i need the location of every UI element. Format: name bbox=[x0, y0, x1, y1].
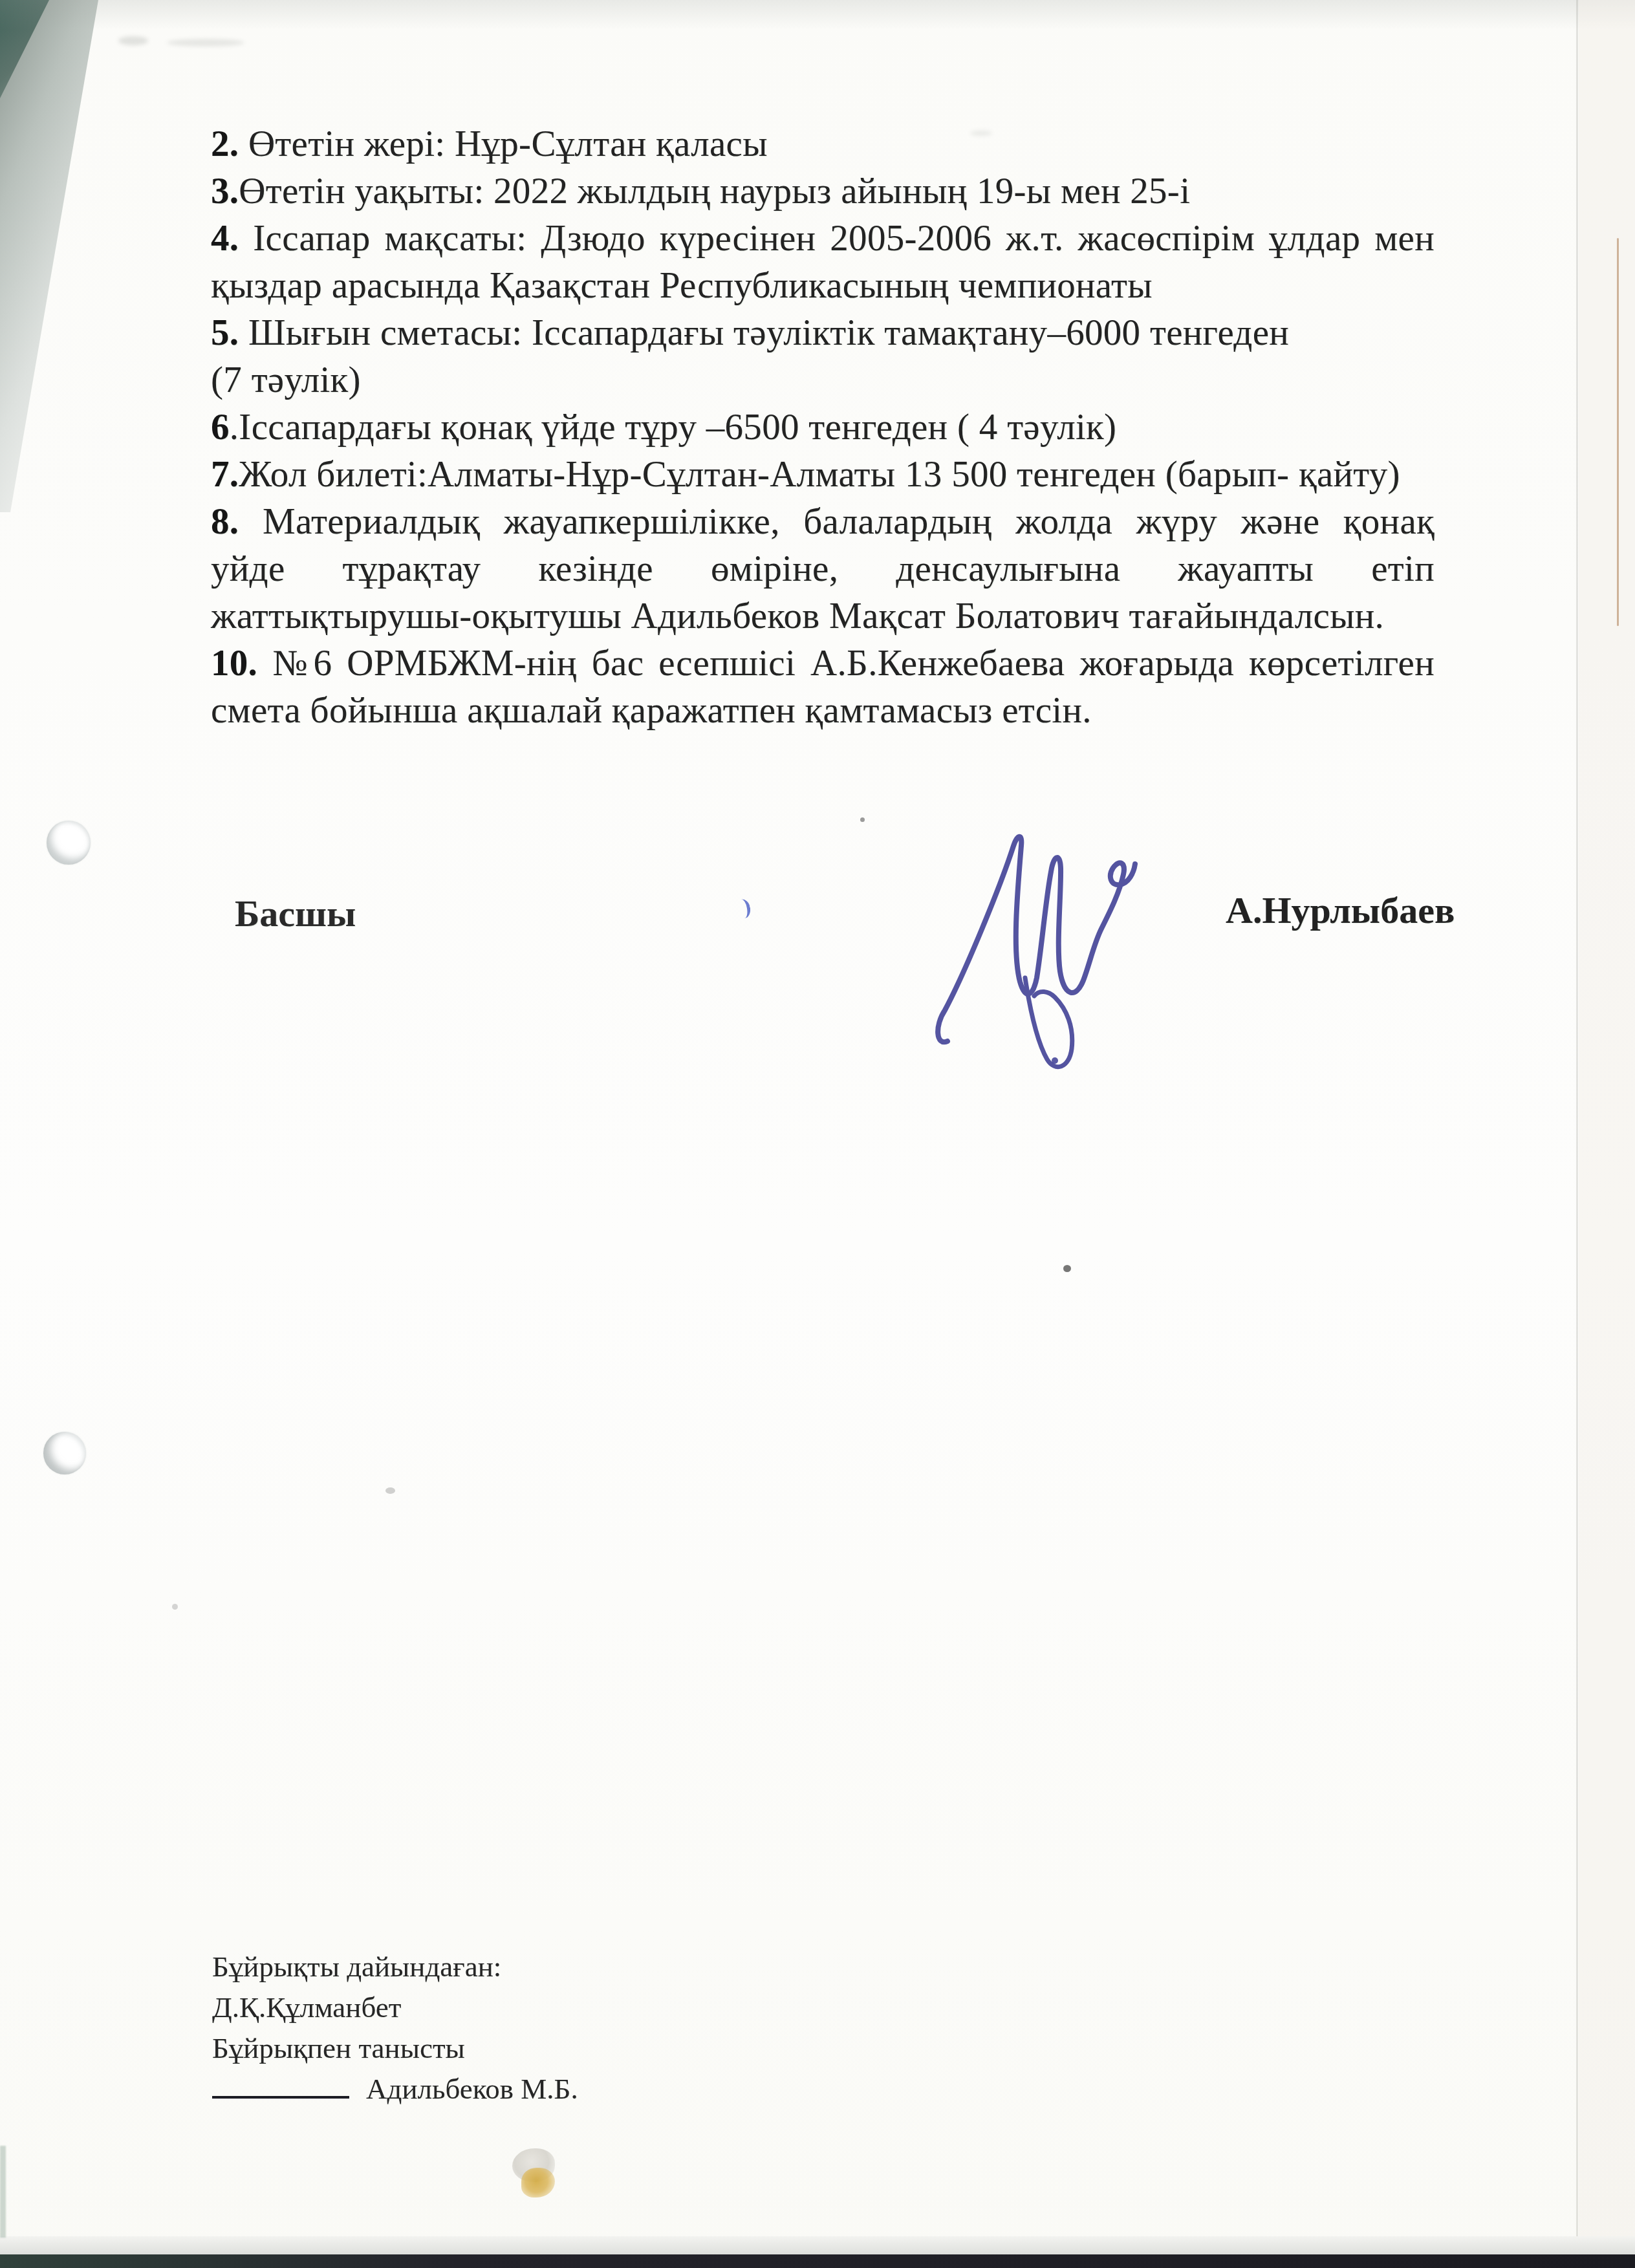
ack-name: Адильбеков М.Б. bbox=[366, 2073, 578, 2105]
line-text: Өтетін жері: Нұр-Сұлтан қаласы bbox=[239, 124, 767, 164]
scanned-document-page: 2. Өтетін жері: Нұр-Сұлтан қаласы3.Өтеті… bbox=[0, 0, 1635, 2268]
scan-right-crease-line bbox=[1576, 0, 1578, 2238]
footer-line: Д.Қ.Құлманбет bbox=[212, 1987, 578, 2028]
line-text: Іссапар мақсаты: Дзюдо күресінен 2005-20… bbox=[239, 218, 1435, 259]
scan-speck bbox=[172, 1604, 178, 1610]
line-number: 10. bbox=[211, 643, 257, 684]
document-line: 5. Шығын сметасы: Іссапардағы тәуліктік … bbox=[211, 309, 1435, 356]
document-line: 10. №6 ОРМБЖМ-нің бас есепшісі А.Б.Кенже… bbox=[211, 640, 1435, 687]
footer-ack-line: Адильбеков М.Б. bbox=[212, 2069, 578, 2110]
scan-blue-pen-tick bbox=[737, 898, 752, 920]
scan-corner-shadow bbox=[0, 0, 98, 512]
line-text: уйде тұрақтау кезінде өміріне, денсаулығ… bbox=[211, 548, 1435, 589]
document-line: уйде тұрақтау кезінде өміріне, денсаулығ… bbox=[211, 545, 1435, 592]
line-text: Жол билеті:Алматы-Нұр-Сұлтан-Алматы 13 5… bbox=[239, 454, 1400, 495]
line-number: 5. bbox=[211, 312, 239, 353]
scan-left-edge-strip bbox=[0, 2146, 6, 2238]
document-line: 3.Өтетін уақыты: 2022 жылдың наурыз айын… bbox=[211, 167, 1435, 215]
line-number: 3. bbox=[211, 171, 239, 211]
scan-bottom-dark-band bbox=[0, 2254, 1635, 2268]
document-line: (7 тәулік) bbox=[211, 356, 1435, 404]
line-text: №6 ОРМБЖМ-нің бас есепшісі А.Б.Кенжебаев… bbox=[257, 643, 1435, 684]
line-number: 6 bbox=[211, 407, 230, 448]
line-text: .Іссапардағы қонақ үйде тұру –6500 тенге… bbox=[230, 407, 1117, 448]
document-line: қыздар арасында Қазақстан Республикасыны… bbox=[211, 262, 1435, 309]
scan-smudge bbox=[118, 36, 148, 45]
line-text: (7 тәулік) bbox=[211, 360, 361, 400]
scan-right-edge-line bbox=[1617, 238, 1619, 626]
line-text: жаттықтырушы-оқытушы Адильбеков Мақсат Б… bbox=[211, 596, 1384, 636]
document-line: 4. Іссапар мақсаты: Дзюдо күресінен 2005… bbox=[211, 215, 1435, 262]
scan-smudge bbox=[167, 39, 244, 47]
line-text: қыздар арасында Қазақстан Республикасыны… bbox=[211, 265, 1153, 306]
scan-top-noise-band bbox=[0, 0, 1635, 30]
footer-block: Бұйрықты дайындаған:Д.Қ.ҚұлманбетБұйрықп… bbox=[212, 1947, 578, 2110]
footer-line: Бұйрықты дайындаған: bbox=[212, 1947, 578, 1987]
line-number: 8. bbox=[211, 501, 239, 542]
document-line: 2. Өтетін жері: Нұр-Сұлтан қаласы bbox=[211, 120, 1435, 167]
role-label: Басшы bbox=[235, 892, 356, 935]
signature-blank-line bbox=[212, 2074, 349, 2099]
scan-yellow-stain bbox=[521, 2168, 555, 2198]
hole-punch-top bbox=[47, 821, 91, 865]
document-line: 6.Іссапардағы қонақ үйде тұру –6500 тенг… bbox=[211, 404, 1435, 451]
line-number: 4. bbox=[211, 218, 239, 259]
hole-punch-bottom bbox=[43, 1432, 86, 1474]
line-text: Өтетін уақыты: 2022 жылдың наурыз айының… bbox=[239, 171, 1190, 211]
signer-name: А.Нурлыбаев bbox=[1226, 889, 1455, 932]
document-line: смета бойынша ақшалай қаражатпен қамтама… bbox=[211, 687, 1435, 734]
scan-bottom-light-band bbox=[0, 2236, 1635, 2256]
document-line: 8. Материалдық жауапкершілікке, балалард… bbox=[211, 498, 1435, 545]
signature-ink bbox=[928, 808, 1180, 1080]
line-text: Шығын сметасы: Іссапардағы тәуліктік там… bbox=[239, 312, 1289, 353]
footer-prepared-lines: Бұйрықты дайындаған:Д.Қ.ҚұлманбетБұйрықп… bbox=[212, 1947, 578, 2069]
line-number: 7. bbox=[211, 454, 239, 495]
scan-speck bbox=[1063, 1265, 1071, 1272]
document-body: 2. Өтетін жері: Нұр-Сұлтан қаласы3.Өтеті… bbox=[211, 120, 1435, 734]
line-number: 2. bbox=[211, 124, 239, 164]
footer-line: Бұйрықпен танысты bbox=[212, 2028, 578, 2069]
scan-speck bbox=[385, 1487, 395, 1494]
document-line: жаттықтырушы-оқытушы Адильбеков Мақсат Б… bbox=[211, 592, 1435, 640]
scan-right-margin-tint bbox=[1579, 0, 1635, 2236]
line-text: Материалдық жауапкершілікке, балалардың … bbox=[239, 501, 1435, 542]
line-text: смета бойынша ақшалай қаражатпен қамтама… bbox=[211, 690, 1092, 731]
document-line: 7.Жол билеті:Алматы-Нұр-Сұлтан-Алматы 13… bbox=[211, 451, 1435, 498]
scan-speck bbox=[860, 817, 865, 822]
